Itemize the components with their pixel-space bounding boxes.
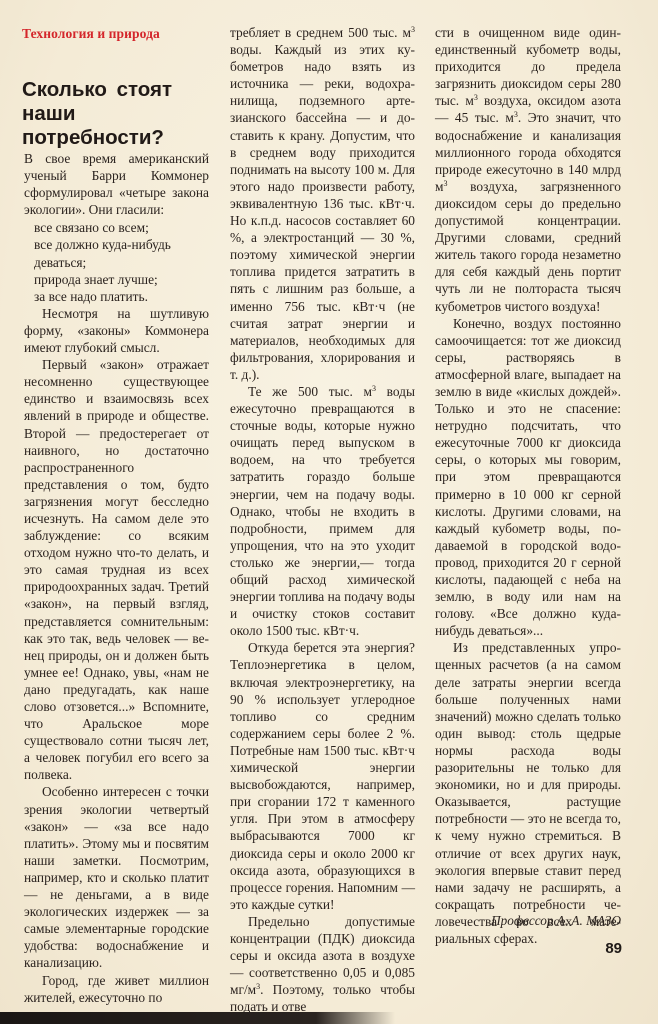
paragraph: Из представленных упро­щенных расчетов (… — [435, 639, 621, 947]
paragraph: Город, где живет миллион жителей, ежесут… — [24, 972, 209, 1006]
page-number: 89 — [605, 940, 622, 957]
author-signature: Профессор А. А. МАЗО — [491, 913, 621, 929]
section-label: Технология и природа — [22, 26, 160, 42]
column-2: требляет в среднем 500 тыс. м3 воды. Каж… — [230, 24, 415, 1015]
intro-paragraph: В свое время американский ученый Барри К… — [24, 150, 209, 218]
paragraph: Откуда берется эта энер­гия? Теплоэнерге… — [230, 639, 415, 913]
paragraph: Те же 500 тыс. м3 воды ежесуточно превра… — [230, 383, 415, 639]
scan-edge-shadow — [0, 1012, 395, 1024]
paragraph: Первый «закон» отражает несомненно сущес… — [24, 356, 209, 783]
column-1: В свое время американский ученый Барри К… — [24, 150, 209, 1006]
paragraph: требляет в среднем 500 тыс. м3 воды. Каж… — [230, 24, 415, 383]
paragraph: Особенно интересен с точки зрения эколог… — [24, 783, 209, 971]
law-item: все связано со всем; — [34, 219, 209, 236]
paragraph: Несмотря на шутливую форму, «законы» Ком… — [24, 305, 209, 356]
paragraph: сти в очищенном виде один-единственный к… — [435, 24, 621, 315]
paragraph: Предельно допустимые концентрации (ПДК) … — [230, 913, 415, 1016]
law-item: все должно куда-нибудь деваться; — [34, 236, 209, 270]
laws-list: все связано со всем; все должно куда-ниб… — [34, 219, 209, 304]
article-headline: Сколько стоят наши потребности? — [22, 78, 222, 150]
law-item: за все надо платить. — [34, 288, 209, 305]
paragraph: Конечно, воздух постоян­но самоочищается… — [435, 315, 621, 640]
column-3: сти в очищенном виде один-единственный к… — [435, 24, 621, 947]
law-item: природа знает лучше; — [34, 271, 209, 288]
